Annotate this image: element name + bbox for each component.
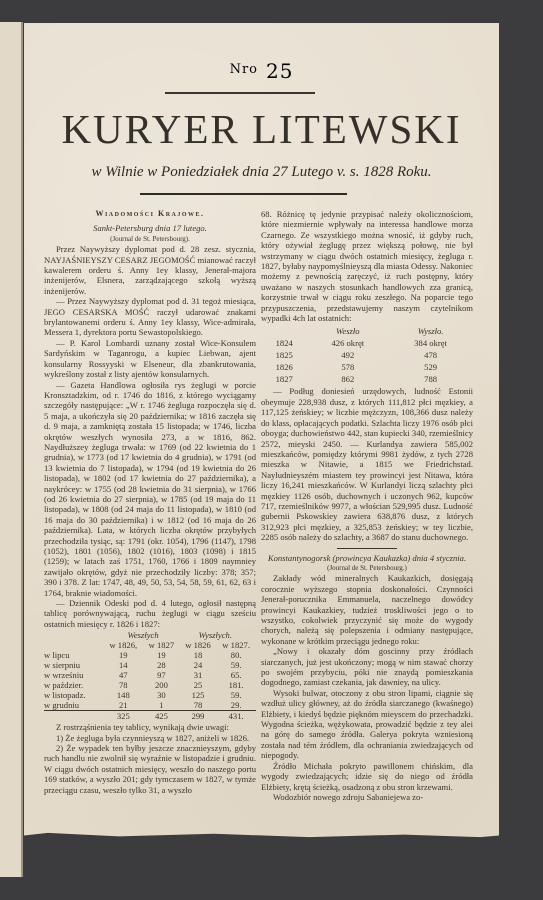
- right-column: 68. Różnicę tę jedynie przypisać należy …: [261, 209, 473, 802]
- article-paragraph: 1) Że żegluga była czynnieyszą w 1827, a…: [44, 733, 256, 743]
- table-row: 1824 426 okręt 384 okręt: [263, 338, 471, 348]
- article-paragraph: 2) Że wypadek ten byłby jeszcze znacznie…: [44, 743, 256, 795]
- table-row: 1825 492 478: [263, 350, 471, 360]
- article-source: (Journal de St. Petersbourg.): [261, 563, 473, 573]
- group-header-arrived: Weszło: [307, 326, 388, 336]
- issue-dateline: w Wilnie w Poniedziałek dnia 27 Lutego v…: [24, 164, 499, 181]
- yearly-shipping-table: Weszło Wyszło. 1824 426 okręt 384 okręt …: [261, 324, 473, 386]
- issue-prefix: Nro: [230, 62, 258, 77]
- table-row: w lipcu 19 19 18 80.: [44, 650, 256, 660]
- table-row: w listopadz. 148 30 125 59.: [44, 690, 256, 700]
- newspaper-page: Nro25 KURYER LITEWSKI w Wilnie w Poniedz…: [24, 23, 499, 891]
- article-paragraph: — Dziennik Odeski pod d. 4 lutego, ogłos…: [44, 598, 256, 629]
- group-header-departed: Wyszło.: [390, 326, 471, 336]
- shipping-comparison-table: WeszłychWyszłych. w 1826, w 1827 w 1826 …: [44, 630, 256, 721]
- left-column: Wiadomości Krajowe. Sankt-Petersburg dni…: [44, 209, 256, 795]
- table-row: w grudniu 21 1 78 29.: [44, 700, 256, 711]
- table-row: 1826 578 529: [263, 362, 471, 372]
- article-paragraph: — Podług doniesień urzędowych, ludność E…: [261, 386, 473, 542]
- book-spine: [21, 22, 23, 877]
- article-paragraph: Źródło Michała pokryto pawillonem chińsk…: [261, 761, 473, 792]
- section-heading: Wiadomości Krajowe.: [44, 209, 256, 219]
- table-row: w paździer. 78 200 25 181.: [44, 680, 256, 690]
- article-paragraph: Zakłady wód mineralnych Kaukazkich, dosi…: [261, 573, 473, 646]
- column-header: w 1827.: [216, 640, 256, 650]
- table-row: w wrześniu 47 97 31 65.: [44, 670, 256, 680]
- previous-page-edge: [0, 22, 23, 877]
- table-row: w sierpniu 14 28 24 59.: [44, 660, 256, 670]
- issue-number-value: 25: [266, 59, 293, 83]
- issue-number: Nro25: [24, 59, 499, 83]
- article-paragraph: Z rostrząśnienia tey tablicy, wynikają d…: [44, 722, 256, 732]
- article-paragraph: Przez Naywyższy dyplomat pod d. 28 zesz.…: [44, 244, 256, 296]
- article-paragraph: Wodozbiór nowego zdroju Sabaniejewa zo-: [261, 792, 473, 802]
- table-header-row: w 1826, w 1827 w 1826 w 1827.: [44, 640, 256, 650]
- column-header: w 1826: [180, 640, 217, 650]
- table-total-row: 325 425 299 431.: [44, 711, 256, 722]
- group-header-departed: Wyszłych.: [199, 630, 232, 640]
- article-dateline: Konstantynogorsk (prowincya Kaukazka) dn…: [261, 553, 473, 563]
- newspaper-title: KURYER LITEWSKI: [24, 105, 499, 153]
- article-paragraph: „Nowy i okazały dóm goscinny przy źródła…: [261, 646, 473, 688]
- article-divider: [337, 548, 397, 549]
- article-paragraph: Wysoki bulwar, otoczony z obu stron lipa…: [261, 688, 473, 761]
- article-paragraph: — Przez Naywyższy dyplomat pod d. 31 teg…: [44, 296, 256, 338]
- header-rule-bottom: [140, 193, 347, 195]
- article-paragraph: — Gazeta Handlowa ogłosiła rys żeglugi w…: [44, 380, 256, 599]
- article-paragraph: — P. Karol Lombardi uznany został Wice-K…: [44, 338, 256, 380]
- header-rule-top: [165, 92, 315, 94]
- article-source: (Journal de St. Petersbourg).: [44, 234, 256, 244]
- table-row: 1827 862 788: [263, 374, 471, 384]
- article-paragraph: 68. Różnicę tę jedynie przypisać należy …: [261, 209, 473, 323]
- column-header: w 1827: [143, 640, 180, 650]
- article-dateline: Sankt-Petersburg dnia 17 lutego.: [44, 223, 256, 233]
- group-header-arrived: Weszłych: [127, 630, 158, 640]
- column-header: w 1826,: [103, 640, 143, 650]
